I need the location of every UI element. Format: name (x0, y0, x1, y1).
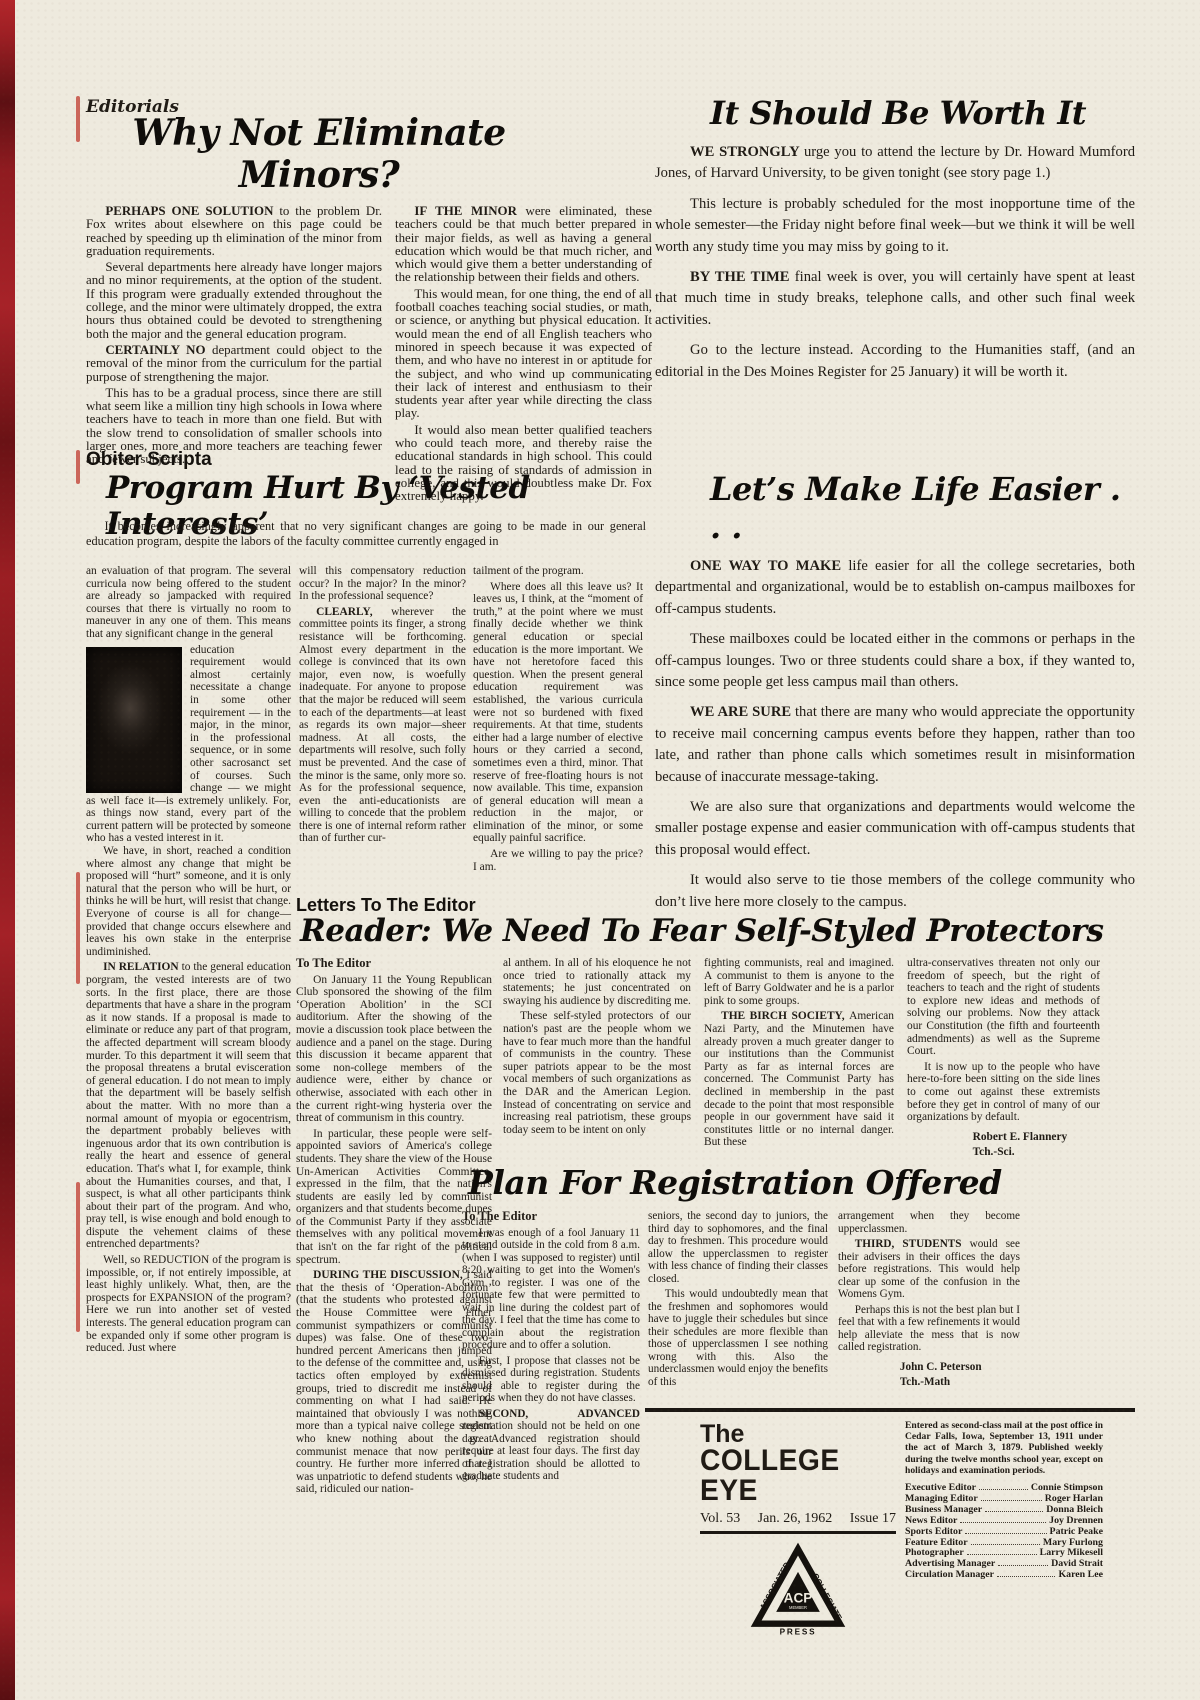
acp-press-logo: ASSOCIATED COLLEGIATE ACP MEMBER PRESS (748, 1542, 848, 1638)
dotted-leader (997, 1576, 1056, 1577)
paragraph-group: I was enough of a fool January 11 to sta… (462, 1227, 640, 1483)
staff-row: Circulation ManagerKaren Lee (905, 1570, 1103, 1581)
paragraph-lead: CERTAINLY NO (105, 343, 212, 357)
column: an evaluation of that program. The sever… (86, 565, 291, 1355)
paragraph: PERHAPS ONE SOLUTION to the problem Dr. … (86, 205, 382, 258)
article-headline: It Should Be Worth It (710, 94, 1135, 132)
paragraph: CERTAINLY NO department could object to … (86, 344, 382, 384)
paragraph: This would mean, for one thing, the end … (395, 288, 652, 421)
paragraph-lead: THE BIRCH SOCIETY, (721, 1010, 849, 1022)
column: tailment of the program.Where does all t… (473, 565, 643, 873)
paragraph: We have, in short, reached a condition w… (86, 845, 291, 958)
paragraph: CLEARLY, wherever the committee points i… (299, 606, 466, 845)
paragraph-lead: IF THE MINOR (414, 204, 525, 218)
paragraph: THE BIRCH SOCIETY, American Nazi Party, … (704, 1010, 894, 1149)
paragraph: First, I propose that classes not be dis… (462, 1355, 640, 1405)
article-body: WE STRONGLY urge you to attend the lectu… (655, 142, 1135, 383)
dotted-leader (965, 1533, 1046, 1534)
portrait-photo (86, 647, 182, 793)
article-why-not-eliminate-minors: Why Not Eliminate Minors? PERHAPS ONE SO… (86, 112, 652, 504)
column-kicker: Obiter Scripta (86, 449, 212, 471)
acp-collegiate-text: COLLEGIATE (810, 1572, 843, 1622)
paragraph: al anthem. In all of his eloquence he no… (503, 957, 691, 1007)
paragraph: will this compensatory reduction occur? … (299, 565, 466, 603)
paragraph: BY THE TIME final week is over, you will… (655, 267, 1135, 331)
dotted-leader (998, 1565, 1048, 1566)
dotted-leader (967, 1554, 1037, 1555)
dotted-leader (971, 1544, 1040, 1545)
margin-mark (76, 1182, 80, 1332)
volume-number: Vol. 53 (700, 1511, 740, 1527)
paragraph: This would undoubtedly mean that the fre… (648, 1288, 828, 1388)
masthead-nameplate: The COLLEGE EYE Vol. 53 Jan. 26, 1962 Is… (700, 1422, 896, 1638)
staff-role: News Editor (905, 1516, 957, 1527)
dotted-leader (985, 1511, 1043, 1512)
paragraph-group: We have, in short, reached a condition w… (86, 845, 291, 1355)
paragraph: Are we willing to pay the price? I am. (473, 848, 643, 873)
article-headline: Let’s Make Life Easier . . . (710, 470, 1135, 546)
paragraph: arrangement when they become upperclassm… (838, 1210, 1020, 1235)
paragraph-lead: SECOND, ADVANCED (479, 1408, 640, 1420)
acp-member-text: MEMBER (789, 1605, 807, 1610)
paragraph: ONE WAY TO MAKE life easier for all the … (655, 556, 1135, 620)
paragraph: fighting communists, real and imagined. … (704, 957, 894, 1007)
masthead-name: COLLEGE EYE (700, 1446, 884, 1506)
column: ultra-conservatives threaten not only ou… (907, 957, 1100, 1160)
column: will this compensatory reduction occur? … (299, 565, 466, 845)
masthead-issue-line: Vol. 53 Jan. 26, 1962 Issue 17 (700, 1511, 896, 1527)
margin-mark (76, 96, 80, 142)
acp-letters: ACP (784, 1591, 813, 1606)
paragraph-lead: CLEARLY, (316, 606, 391, 618)
column: IF THE MINOR were eliminated, these teac… (395, 205, 652, 504)
letter-salutation: To The Editor (462, 1210, 640, 1223)
paragraph: On January 11 the Young Republican Club … (296, 974, 492, 1125)
staff-name: Patric Peake (1050, 1527, 1103, 1538)
paragraph-lead: DURING THE DISCUSSION, (313, 1269, 466, 1281)
paragraph: This lecture is probably scheduled for t… (655, 194, 1135, 258)
paragraph: These mailboxes could be located either … (655, 629, 1135, 693)
paragraph: I was enough of a fool January 11 to sta… (462, 1227, 640, 1352)
dotted-leader (979, 1489, 1028, 1490)
paragraph-lead: IN RELATION (103, 961, 181, 973)
article-lets-make-life-easier: Let’s Make Life Easier . . . ONE WAY TO … (655, 470, 1135, 913)
margin-mark (76, 872, 80, 984)
column: To The Editor I was enough of a fool Jan… (462, 1210, 640, 1483)
paragraph-group: arrangement when they become upperclassm… (838, 1210, 1020, 1354)
dotted-leader (960, 1522, 1046, 1523)
paragraph: tailment of the program. (473, 565, 643, 578)
paragraph: It is now up to the people who have here… (907, 1061, 1100, 1124)
masthead-info: Entered as second-class mail at the post… (905, 1420, 1103, 1581)
paragraph: These self-styled protectors of our nati… (503, 1010, 691, 1136)
paragraph: THIRD, STUDENTS would see their advisers… (838, 1238, 1020, 1301)
dotted-leader (981, 1500, 1042, 1501)
column: arrangement when they become upperclassm… (838, 1210, 1020, 1390)
staff-list: Executive EditorConnie StimpsonManaging … (905, 1483, 1103, 1581)
paragraph-group: ultra-conservatives threaten not only ou… (907, 957, 1100, 1124)
issue-number: Issue 17 (850, 1511, 896, 1527)
staff-role: Sports Editor (905, 1527, 962, 1538)
paragraph: WE ARE SURE that there are many who woul… (655, 702, 1135, 788)
letter-headline: Reader: We Need To Fear Self-Styled Prot… (300, 913, 1104, 949)
staff-role: Circulation Manager (905, 1570, 994, 1581)
paragraph: IF THE MINOR were eliminated, these teac… (395, 205, 652, 285)
letter-signature: John C. Peterson Tch.-Math (900, 1360, 1020, 1390)
article-body: ONE WAY TO MAKE life easier for all the … (655, 556, 1135, 913)
masthead-rule (700, 1531, 896, 1534)
column: al anthem. In all of his eloquence he no… (503, 957, 691, 1136)
masthead-the: The (700, 1422, 896, 1446)
paragraph: SECOND, ADVANCED registration should not… (462, 1408, 640, 1483)
paragraph: We are also sure that organizations and … (655, 797, 1135, 861)
paragraph: Where does all this leave us? It leaves … (473, 581, 643, 845)
letter-headline: Plan For Registration Offered (468, 1163, 1002, 1202)
staff-row: Sports EditorPatric Peake (905, 1527, 1103, 1538)
paragraph: Perhaps this is not the best plan but I … (838, 1304, 1020, 1354)
article-headline: Why Not Eliminate Minors? (86, 112, 652, 196)
paragraph: It would also serve to tie those members… (655, 870, 1135, 913)
masthead-rule (645, 1408, 1135, 1412)
paragraph: IN RELATION to the general education por… (86, 961, 291, 1251)
margin-mark (76, 450, 80, 484)
paragraph: education requirement would almost certa… (86, 644, 291, 846)
staff-name: Karen Lee (1058, 1570, 1103, 1581)
binding-strip (0, 0, 15, 1700)
article-intro: It becomes increasingly apparent that no… (86, 519, 646, 549)
paragraph-lead: THIRD, STUDENTS (855, 1238, 970, 1250)
paragraph: Several departments here already have lo… (86, 261, 382, 341)
paragraph: Go to the lecture instead. According to … (655, 340, 1135, 383)
paragraph-lead: BY THE TIME (690, 269, 795, 285)
postal-notice: Entered as second-class mail at the post… (905, 1420, 1103, 1476)
paragraph-lead: PERHAPS ONE SOLUTION (105, 204, 279, 218)
article-it-should-be-worth-it: It Should Be Worth It WE STRONGLY urge y… (655, 94, 1135, 383)
paragraph: ultra-conservatives threaten not only ou… (907, 957, 1100, 1058)
newspaper-page: Editorials Why Not Eliminate Minors? PER… (0, 0, 1200, 1700)
paragraph-lead: WE STRONGLY (690, 144, 804, 160)
staff-row: News EditorJoy Drennen (905, 1516, 1103, 1527)
paragraph: seniors, the second day to juniors, the … (648, 1210, 828, 1285)
letter-signature: Robert E. Flannery Tch.-Sci. (973, 1130, 1100, 1160)
column: seniors, the second day to juniors, the … (648, 1210, 828, 1388)
staff-name: Joy Drennen (1049, 1516, 1103, 1527)
paragraph: an evaluation of that program. The sever… (86, 565, 291, 641)
paragraph-lead: ONE WAY TO MAKE (690, 558, 848, 574)
paragraph: Well, so REDUCTION of the program is imp… (86, 1254, 291, 1355)
acp-press-text: PRESS (780, 1628, 817, 1637)
paragraph-lead: WE ARE SURE (690, 704, 795, 720)
letter-salutation: To The Editor (296, 957, 492, 970)
issue-date: Jan. 26, 1962 (758, 1511, 833, 1527)
column: fighting communists, real and imagined. … (704, 957, 894, 1149)
paragraph: WE STRONGLY urge you to attend the lectu… (655, 142, 1135, 185)
